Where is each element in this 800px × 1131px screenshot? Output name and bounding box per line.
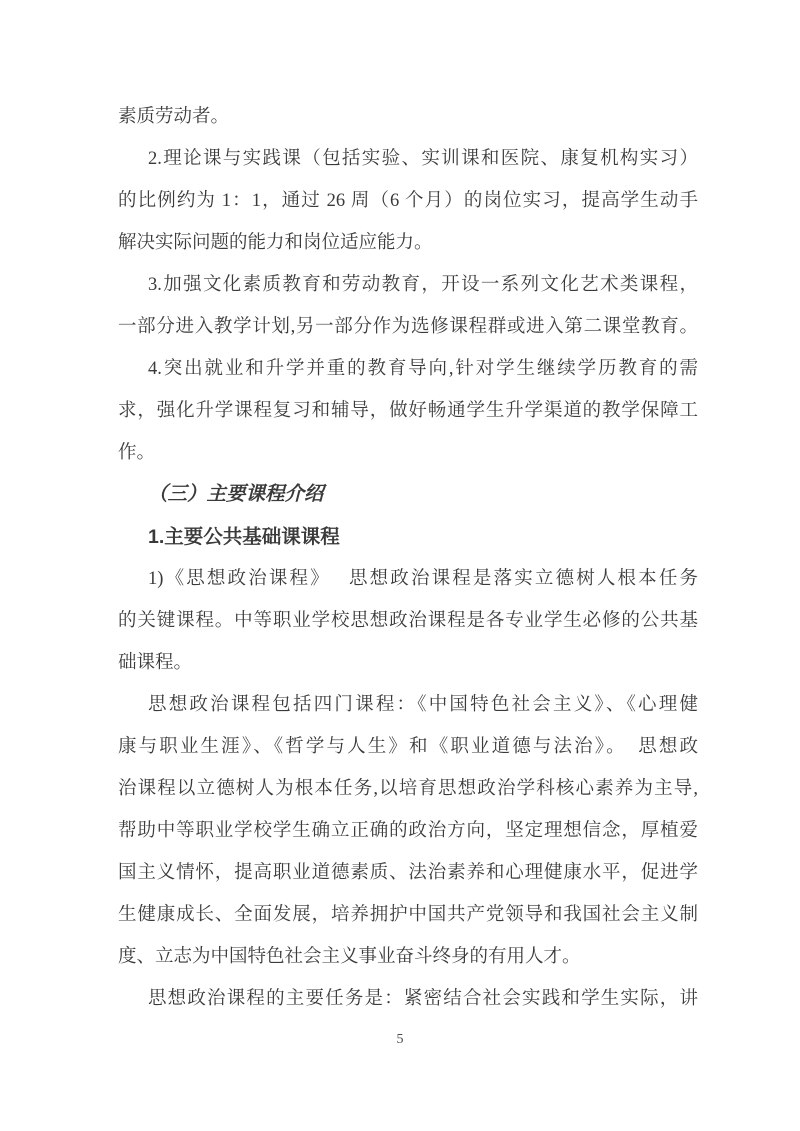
subsection-heading: 1.主要公共基础课课程 [118, 516, 698, 558]
body-text-line: 的关键课程。中等职业学校思想政治课程是各专业学生必修的公共基 [118, 600, 698, 642]
body-text-line: 帮助中等职业学校学生确立正确的政治方向，坚定理想信念，厚植爱 [118, 810, 698, 852]
body-text-line: 一部分进入教学计划,另一部分作为选修课程群或进入第二课堂教育。 [118, 306, 698, 348]
body-text-line: 作。 [118, 432, 698, 474]
body-text-line: 生健康成长、全面发展，培养拥护中国共产党领导和我国社会主义制 [118, 894, 698, 936]
body-text-line: 求，强化升学课程复习和辅导，做好畅通学生升学渠道的教学保障工 [118, 390, 698, 432]
body-text-line: 思想政治课程包括四门课程：《中国特色社会主义》、《心理健 [118, 684, 698, 726]
document-body: 素质劳动者。2.理论课与实践课（包括实验、实训课和医院、康复机构实习）的比例约为… [118, 96, 698, 1020]
body-text-line: 3.加强文化素质教育和劳动教育，开设一系列文化艺术类课程， [118, 264, 698, 306]
body-text-line: 的比例约为 1：1，通过 26 周（6 个月）的岗位实习，提高学生动手 [118, 180, 698, 222]
body-text-line: 国主义情怀，提高职业道德素质、法治素养和心理健康水平，促进学 [118, 852, 698, 894]
page-number: 5 [0, 1030, 800, 1050]
body-text-line: 度、立志为中国特色社会主义事业奋斗终身的有用人才。 [118, 936, 698, 978]
document-page: 素质劳动者。2.理论课与实践课（包括实验、实训课和医院、康复机构实习）的比例约为… [0, 0, 800, 1131]
body-text-line: 2.理论课与实践课（包括实验、实训课和医院、康复机构实习） [118, 138, 698, 180]
body-text-line: 解决实际问题的能力和岗位适应能力。 [118, 222, 698, 264]
body-text-line: 础课程。 [118, 642, 698, 684]
body-text-line: 1)《思想政治课程》 思想政治课程是落实立德树人根本任务 [118, 558, 698, 600]
body-text-line: 素质劳动者。 [118, 96, 698, 138]
body-text-line: 4.突出就业和升学并重的教育导向,针对学生继续学历教育的需 [118, 348, 698, 390]
body-text-line: 治课程以立德树人为根本任务,以培育思想政治学科核心素养为主导, [118, 768, 698, 810]
body-text-line: 思想政治课程的主要任务是：紧密结合社会实践和学生实际，讲 [118, 978, 698, 1020]
body-text-line: 康与职业生涯》、《哲学与人生》和《职业道德与法治》。 思想政 [118, 726, 698, 768]
section-heading: （三）主要课程介绍 [118, 474, 698, 516]
